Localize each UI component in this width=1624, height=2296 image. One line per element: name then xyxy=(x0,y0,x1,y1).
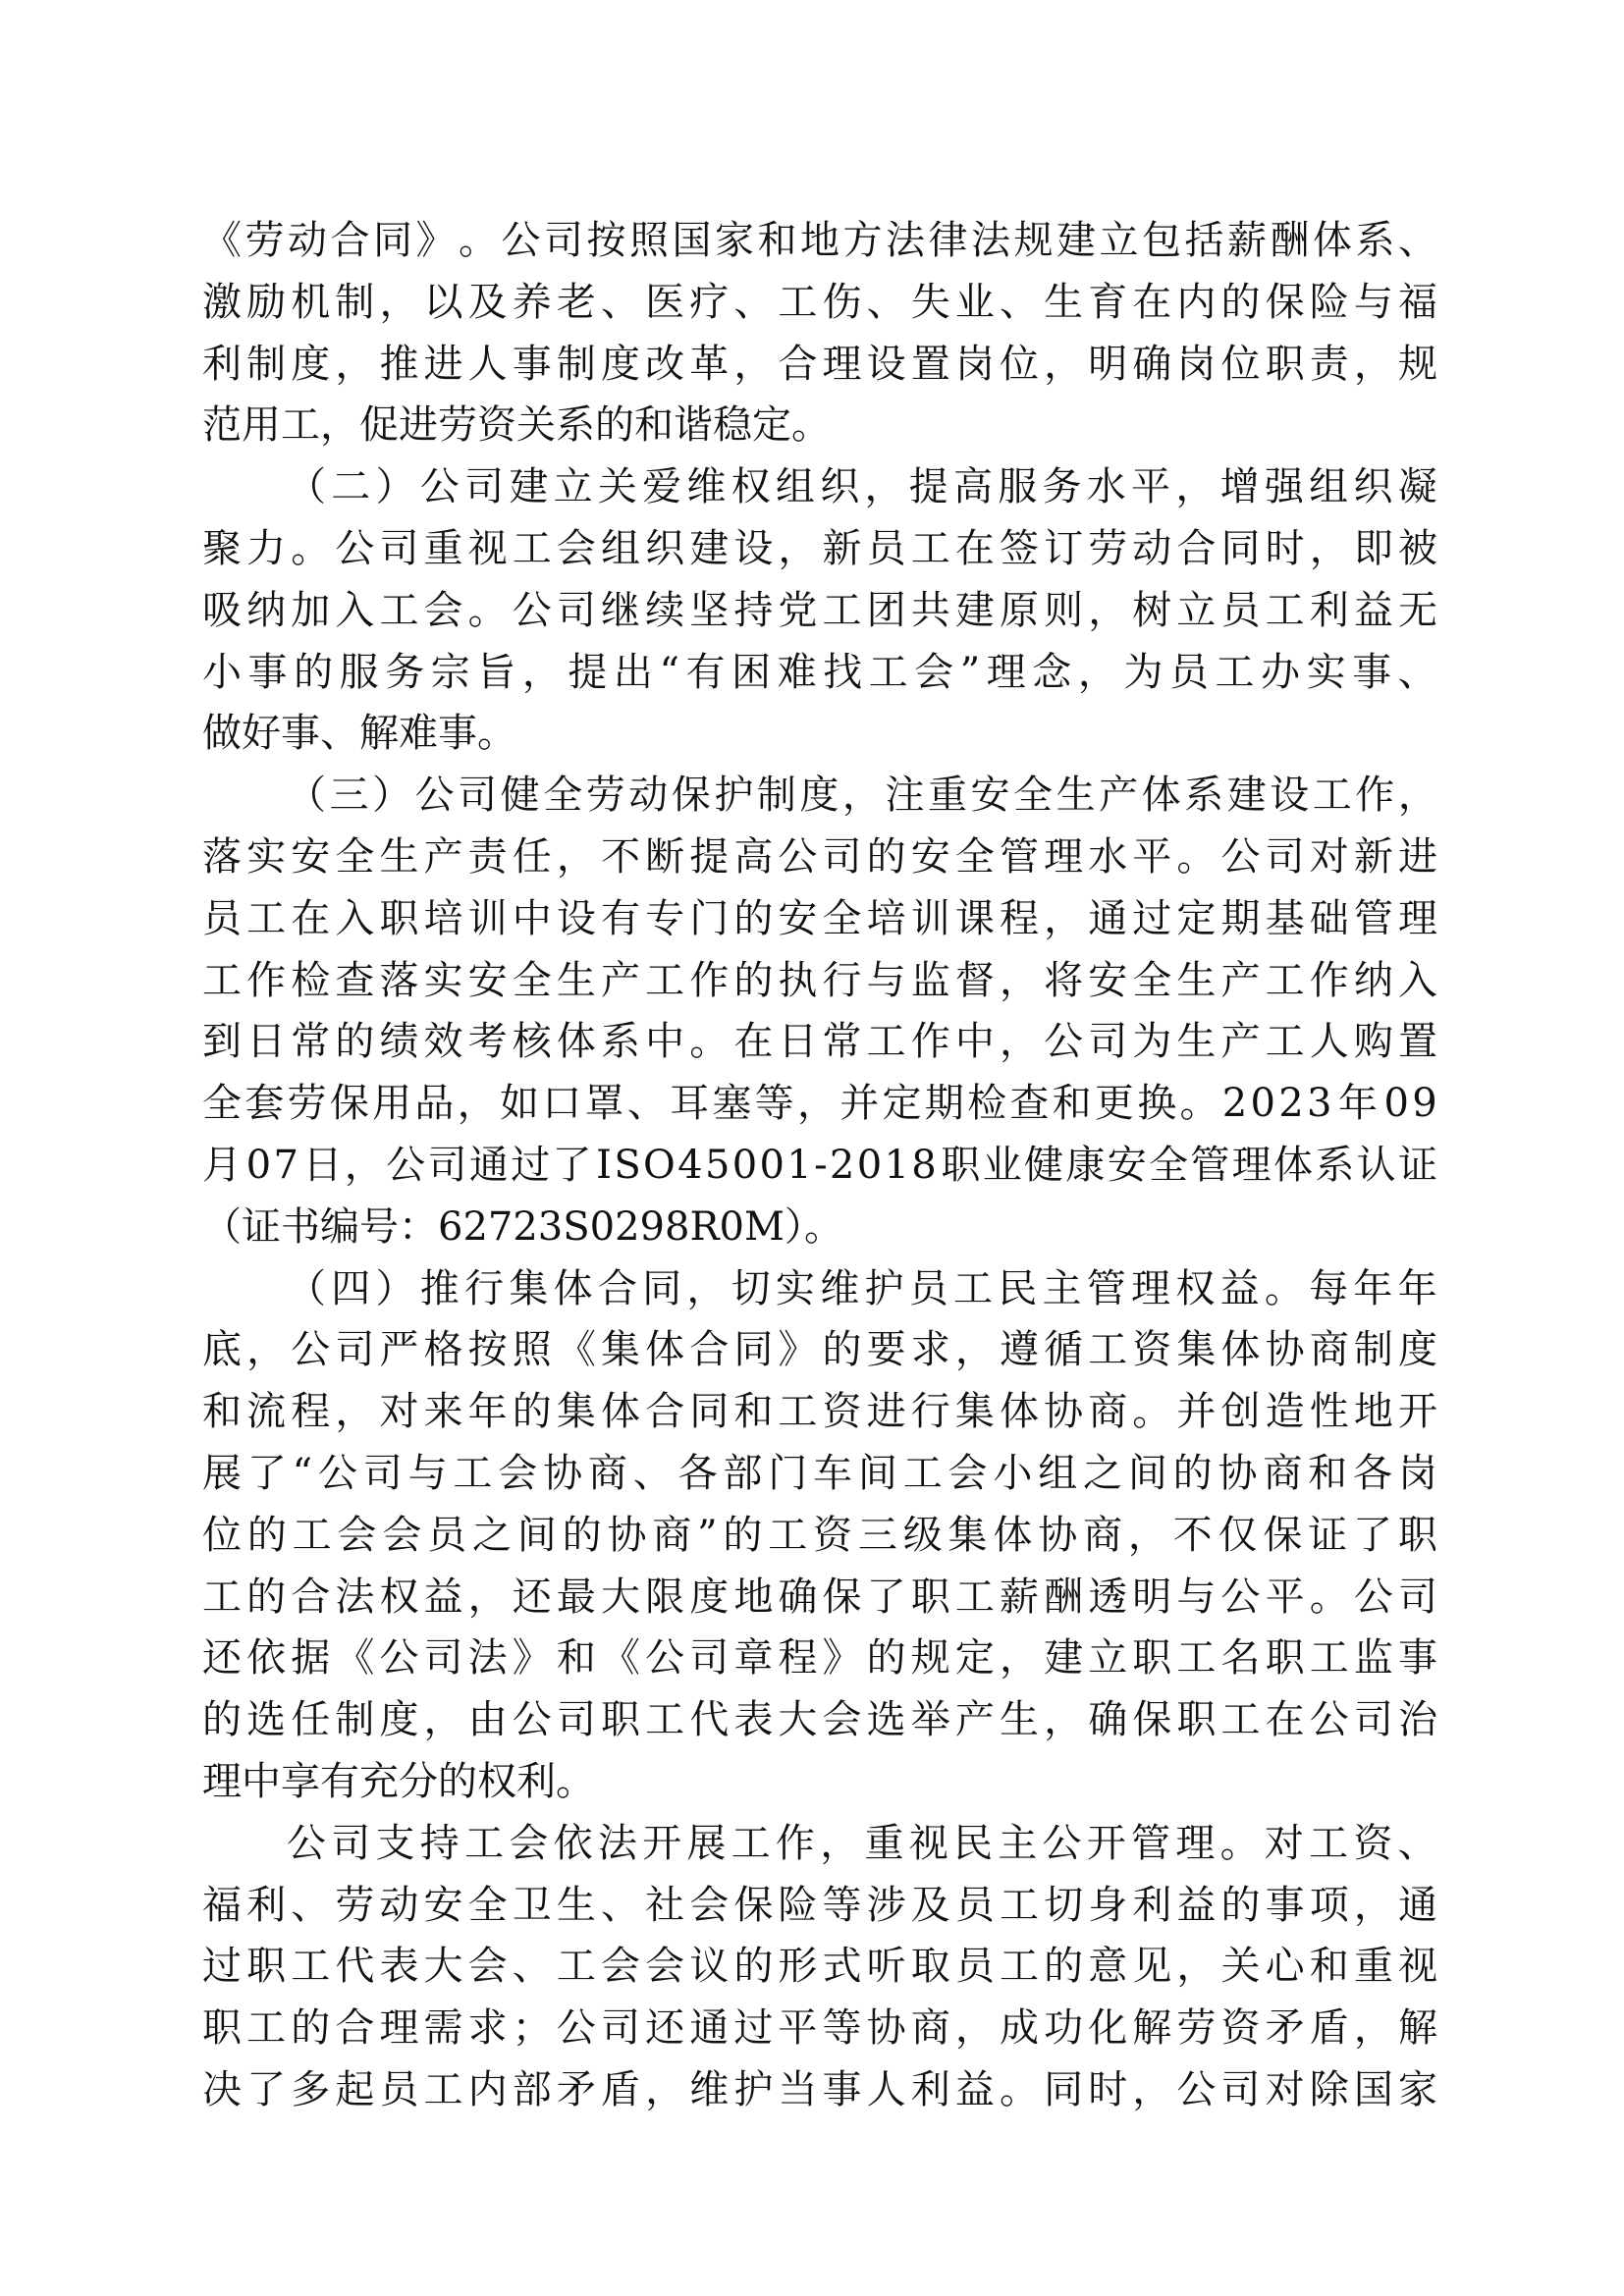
paragraph-union-support: 公司支持工会依法开展工作，重视民主公开管理。对工资、 福利、劳动安全卫生、社会保… xyxy=(202,1813,1437,2121)
text-line: 利制度，推进人事制度改革，合理设置岗位，明确岗位职责，规 xyxy=(202,334,1437,396)
text-line: 决了多起员工内部矛盾，维护当事人利益。同时，公司对除国家 xyxy=(202,2059,1437,2121)
text-line: 展了“公司与工会协商、各部门车间工会小组之间的协商和各岗 xyxy=(202,1443,1437,1505)
text-line: 《劳动合同》。公司按照国家和地方法律法规建立包括薪酬体系、 xyxy=(202,210,1437,272)
text-line: 公司支持工会依法开展工作，重视民主公开管理。对工资、 xyxy=(202,1813,1437,1875)
text-line: 理中享有充分的权利。 xyxy=(202,1751,1437,1813)
text-line: 工的合法权益，还最大限度地确保了职工薪酬透明与公平。公司 xyxy=(202,1567,1437,1629)
text-line: 全套劳保用品，如口罩、耳塞等，并定期检查和更换。2023 年 09 xyxy=(202,1073,1437,1135)
text-line: 员工在入职培训中设有专门的安全培训课程，通过定期基础管理 xyxy=(202,888,1437,950)
text-line: 工作检查落实安全生产工作的执行与监督，将安全生产工作纳入 xyxy=(202,950,1437,1012)
text-line: 过职工代表大会、工会会议的形式听取员工的意见，关心和重视 xyxy=(202,1936,1437,1998)
text-line: 月 07 日，公司通过了 ISO45001-2018 职业健康安全管理体系认证 xyxy=(202,1135,1437,1197)
text-line: 做好事、解难事。 xyxy=(202,703,1437,765)
text-line: 位的工会会员之间的协商”的工资三级集体协商，不仅保证了职 xyxy=(202,1505,1437,1567)
text-line: 职工的合理需求；公司还通过平等协商，成功化解劳资矛盾，解 xyxy=(202,1998,1437,2059)
text-line: 落实安全生产责任，不断提高公司的安全管理水平。公司对新进 xyxy=(202,827,1437,888)
text-line: 激励机制，以及养老、医疗、工伤、失业、生育在内的保险与福 xyxy=(202,272,1437,334)
paragraph-section-4-collective-contract: （四）推行集体合同，切实维护员工民主管理权益。每年年 底，公司严格按照《集体合同… xyxy=(202,1258,1437,1813)
text-line: （四）推行集体合同，切实维护员工民主管理权益。每年年 xyxy=(202,1258,1437,1320)
text-line: 小事的服务宗旨，提出“有困难找工会”理念，为员工办实事、 xyxy=(202,642,1437,704)
text-line: 的选任制度，由公司职工代表大会选举产生，确保职工在公司治 xyxy=(202,1689,1437,1751)
text-line: 和流程，对来年的集体合同和工资进行集体协商。并创造性地开 xyxy=(202,1381,1437,1443)
document-body: 《劳动合同》。公司按照国家和地方法律法规建立包括薪酬体系、 激励机制，以及养老、… xyxy=(202,210,1437,2121)
text-line: 范用工，促进劳资关系的和谐稳定。 xyxy=(202,395,1437,456)
paragraph-labor-contract: 《劳动合同》。公司按照国家和地方法律法规建立包括薪酬体系、 激励机制，以及养老、… xyxy=(202,210,1437,456)
text-line: 聚力。公司重视工会组织建设，新员工在签订劳动合同时，即被 xyxy=(202,518,1437,580)
text-line: （三）公司健全劳动保护制度，注重安全生产体系建设工作， xyxy=(202,765,1437,827)
text-line: （证书编号：62723S0298R0M）。 xyxy=(202,1197,1437,1258)
text-line: 福利、劳动安全卫生、社会保险等涉及员工切身利益的事项，通 xyxy=(202,1875,1437,1937)
text-line: 吸纳加入工会。公司继续坚持党工团共建原则，树立员工利益无 xyxy=(202,580,1437,642)
paragraph-section-2-union-care: （二）公司建立关爱维权组织，提高服务水平，增强组织凝 聚力。公司重视工会组织建设… xyxy=(202,456,1437,765)
text-line: 底，公司严格按照《集体合同》的要求，遵循工资集体协商制度 xyxy=(202,1319,1437,1381)
text-line: 还依据《公司法》和《公司章程》的规定，建立职工名职工监事 xyxy=(202,1628,1437,1689)
text-line: 到日常的绩效考核体系中。在日常工作中，公司为生产工人购置 xyxy=(202,1011,1437,1073)
text-line: （二）公司建立关爱维权组织，提高服务水平，增强组织凝 xyxy=(202,456,1437,518)
document-page: 《劳动合同》。公司按照国家和地方法律法规建立包括薪酬体系、 激励机制，以及养老、… xyxy=(0,0,1624,2296)
paragraph-section-3-labor-protection: （三）公司健全劳动保护制度，注重安全生产体系建设工作， 落实安全生产责任，不断提… xyxy=(202,765,1437,1257)
